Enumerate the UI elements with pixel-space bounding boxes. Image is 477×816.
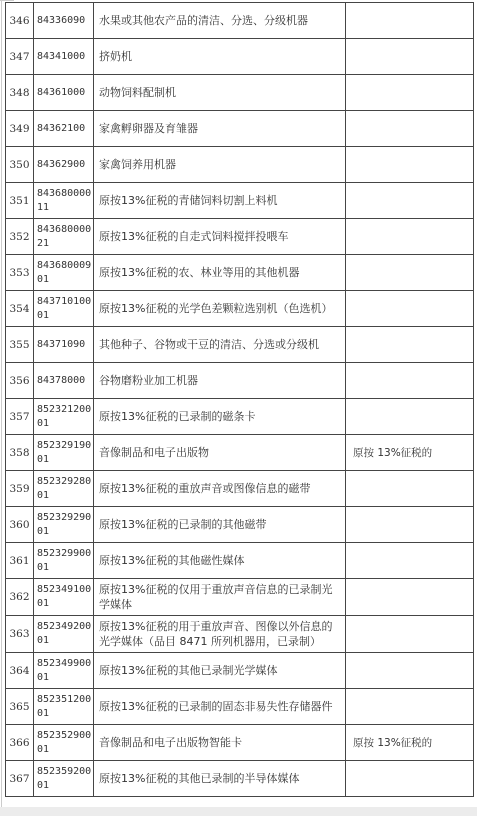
tax-note-cell (346, 39, 474, 75)
tax-note-cell (346, 111, 474, 147)
sequence-cell: 346 (6, 3, 34, 39)
description-cell: 原按13%征税的其他已录制光学媒体 (94, 653, 346, 689)
tax-note-cell (346, 471, 474, 507)
tax-note-cell (346, 255, 474, 291)
hs-code-cell: 84371010001 (34, 291, 94, 327)
tax-note-cell (346, 291, 474, 327)
table-row: 355 84371090 其他种子、谷物或干豆的清洁、分选或分级机 (6, 327, 474, 363)
description-cell: 家禽饲养用机器 (94, 147, 346, 183)
description-cell: 原按13%征税的农、林业等用的其他机器 (94, 255, 346, 291)
sequence-cell: 358 (6, 435, 34, 471)
tax-note-cell (346, 219, 474, 255)
sequence-cell: 361 (6, 543, 34, 579)
tax-note-cell (346, 75, 474, 111)
hs-code-cell: 85235290001 (34, 725, 94, 761)
tax-note-cell (346, 761, 474, 797)
description-cell: 原按13%征税的青储饲料切割上料机 (94, 183, 346, 219)
description-cell: 原按13%征税的已录制的其他磁带 (94, 507, 346, 543)
hs-code-cell: 84368000901 (34, 255, 94, 291)
sequence-cell: 364 (6, 653, 34, 689)
description-cell: 其他种子、谷物或干豆的清洁、分选或分级机 (94, 327, 346, 363)
description-cell: 原按13%征税的光学色差颗粒选别机（色选机） (94, 291, 346, 327)
tax-note-cell (346, 616, 474, 653)
page-edge-line (1, 0, 2, 816)
sequence-cell: 349 (6, 111, 34, 147)
table-row: 357 85232120001 原按13%征税的已录制的磁条卡 (6, 399, 474, 435)
hs-code-cell: 84368000021 (34, 219, 94, 255)
tax-note-cell (346, 327, 474, 363)
table-row: 349 84362100 家禽孵卵器及育雏器 (6, 111, 474, 147)
hs-code-cell: 84378000 (34, 363, 94, 399)
sequence-cell: 360 (6, 507, 34, 543)
description-cell: 动物饲料配制机 (94, 75, 346, 111)
tax-note-cell (346, 363, 474, 399)
hs-code-cell: 85232919001 (34, 435, 94, 471)
bottom-band (0, 807, 477, 816)
table-row: 347 84341000 挤奶机 (6, 39, 474, 75)
sequence-cell: 356 (6, 363, 34, 399)
hs-code-cell: 85234910001 (34, 579, 94, 616)
tax-note-cell: 原按 13%征税的 (346, 725, 474, 761)
sequence-cell: 353 (6, 255, 34, 291)
tax-note-cell (346, 399, 474, 435)
hs-code-cell: 84336090 (34, 3, 94, 39)
description-cell: 家禽孵卵器及育雏器 (94, 111, 346, 147)
hs-code-cell: 84362100 (34, 111, 94, 147)
table-row: 358 85232919001 音像制品和电子出版物 原按 13%征税的 (6, 435, 474, 471)
description-cell: 原按13%征税的已录制的磁条卡 (94, 399, 346, 435)
hs-code-cell: 85235120001 (34, 689, 94, 725)
table-row: 350 84362900 家禽饲养用机器 (6, 147, 474, 183)
tax-note-cell (346, 653, 474, 689)
description-cell: 原按13%征税的自走式饲料搅拌投喂车 (94, 219, 346, 255)
tax-note-cell (346, 543, 474, 579)
sequence-cell: 351 (6, 183, 34, 219)
tax-note-cell (346, 147, 474, 183)
hs-code-cell: 85232929001 (34, 507, 94, 543)
table-row: 361 85232990001 原按13%征税的其他磁性媒体 (6, 543, 474, 579)
sequence-cell: 348 (6, 75, 34, 111)
tax-note-cell (346, 579, 474, 616)
table-row: 348 84361000 动物饲料配制机 (6, 75, 474, 111)
sequence-cell: 367 (6, 761, 34, 797)
hs-code-cell: 84361000 (34, 75, 94, 111)
hs-code-cell: 84341000 (34, 39, 94, 75)
sequence-cell: 366 (6, 725, 34, 761)
description-cell: 音像制品和电子出版物 (94, 435, 346, 471)
description-cell: 挤奶机 (94, 39, 346, 75)
description-cell: 音像制品和电子出版物智能卡 (94, 725, 346, 761)
table-row: 351 84368000011 原按13%征税的青储饲料切割上料机 (6, 183, 474, 219)
hs-code-cell: 84371090 (34, 327, 94, 363)
sequence-cell: 363 (6, 616, 34, 653)
table-row: 352 84368000021 原按13%征税的自走式饲料搅拌投喂车 (6, 219, 474, 255)
description-cell: 谷物磨粉业加工机器 (94, 363, 346, 399)
table-row: 366 85235290001 音像制品和电子出版物智能卡 原按 13%征税的 (6, 725, 474, 761)
sequence-cell: 354 (6, 291, 34, 327)
tax-note-cell (346, 3, 474, 39)
table-row: 364 85234990001 原按13%征税的其他已录制光学媒体 (6, 653, 474, 689)
description-cell: 原按13%征税的其他已录制的半导体媒体 (94, 761, 346, 797)
hs-code-cell: 84362900 (34, 147, 94, 183)
table-row: 354 84371010001 原按13%征税的光学色差颗粒选别机（色选机） (6, 291, 474, 327)
table-row: 365 85235120001 原按13%征税的已录制的固态非易失性存储器件 (6, 689, 474, 725)
tax-note-cell (346, 689, 474, 725)
table-row: 363 85234920001 原按13%征税的用于重放声音、图像以外信息的光学… (6, 616, 474, 653)
sequence-cell: 362 (6, 579, 34, 616)
sequence-cell: 352 (6, 219, 34, 255)
description-cell: 水果或其他农产品的清洁、分选、分级机器 (94, 3, 346, 39)
table-row: 360 85232929001 原按13%征税的已录制的其他磁带 (6, 507, 474, 543)
table-row: 356 84378000 谷物磨粉业加工机器 (6, 363, 474, 399)
hs-code-cell: 84368000011 (34, 183, 94, 219)
tax-note-cell: 原按 13%征税的 (346, 435, 474, 471)
tax-note-cell (346, 507, 474, 543)
description-cell: 原按13%征税的已录制的固态非易失性存储器件 (94, 689, 346, 725)
sequence-cell: 365 (6, 689, 34, 725)
description-cell: 原按13%征税的用于重放声音、图像以外信息的光学媒体（品目 8471 所列机器用… (94, 616, 346, 653)
sequence-cell: 350 (6, 147, 34, 183)
sequence-cell: 347 (6, 39, 34, 75)
table-row: 346 84336090 水果或其他农产品的清洁、分选、分级机器 (6, 3, 474, 39)
page-edge-notch (0, 0, 14, 1)
tariff-table: 346 84336090 水果或其他农产品的清洁、分选、分级机器 347 843… (5, 2, 474, 797)
hs-code-cell: 85235920001 (34, 761, 94, 797)
description-cell: 原按13%征税的仅用于重放声音信息的已录制光学媒体 (94, 579, 346, 616)
table-row: 367 85235920001 原按13%征税的其他已录制的半导体媒体 (6, 761, 474, 797)
description-cell: 原按13%征税的重放声音或图像信息的磁带 (94, 471, 346, 507)
sequence-cell: 359 (6, 471, 34, 507)
table-row: 353 84368000901 原按13%征税的农、林业等用的其他机器 (6, 255, 474, 291)
table-row: 359 85232928001 原按13%征税的重放声音或图像信息的磁带 (6, 471, 474, 507)
hs-code-cell: 85232120001 (34, 399, 94, 435)
hs-code-cell: 85234920001 (34, 616, 94, 653)
tax-note-cell (346, 183, 474, 219)
sequence-cell: 355 (6, 327, 34, 363)
description-cell: 原按13%征税的其他磁性媒体 (94, 543, 346, 579)
hs-code-cell: 85232990001 (34, 543, 94, 579)
sequence-cell: 357 (6, 399, 34, 435)
table-row: 362 85234910001 原按13%征税的仅用于重放声音信息的已录制光学媒… (6, 579, 474, 616)
hs-code-cell: 85232928001 (34, 471, 94, 507)
hs-code-cell: 85234990001 (34, 653, 94, 689)
